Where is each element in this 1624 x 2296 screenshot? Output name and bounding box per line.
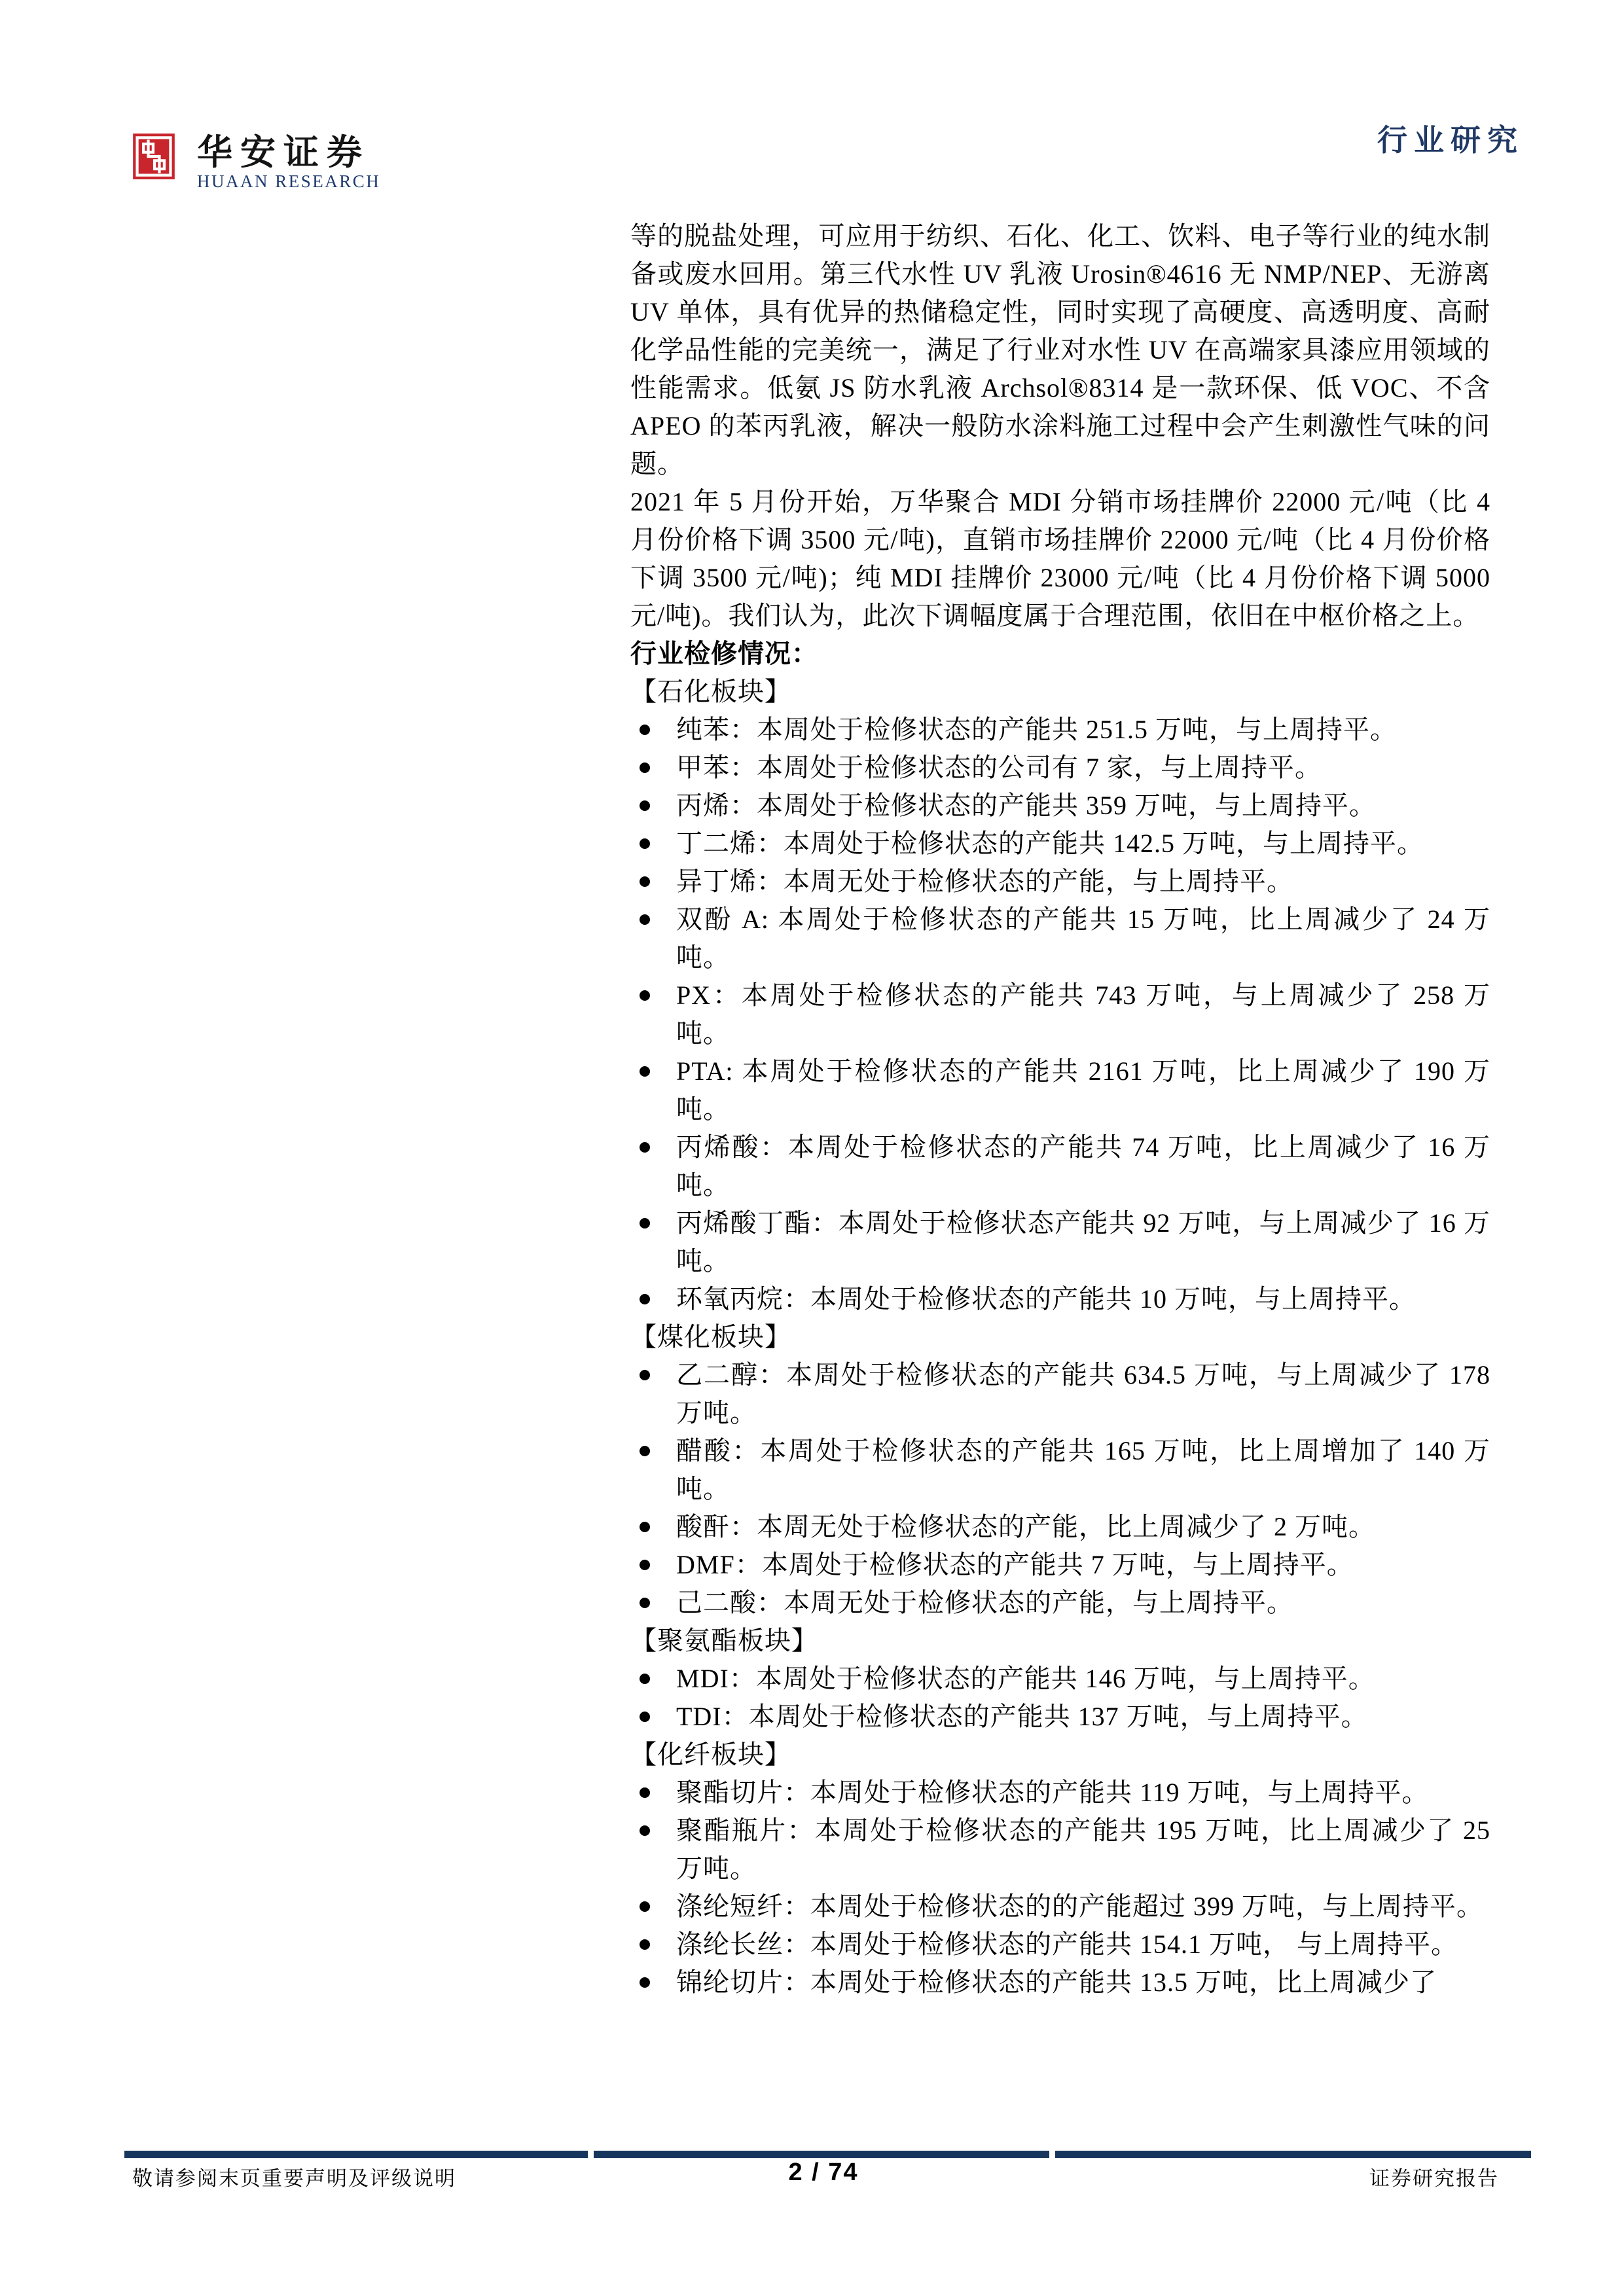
maintenance-title: 行业检修情况： <box>630 635 1490 673</box>
bullet-item: 己二酸：本周无处于检修状态的产能，与上周持平。 <box>630 1584 1490 1622</box>
bullet-item: 醋酸：本周处于检修状态的产能共 165 万吨，比上周增加了 140 万吨。 <box>630 1432 1490 1508</box>
bullet-item: 锦纶切片：本周处于检修状态的产能共 13.5 万吨，比上周减少了 <box>630 1964 1490 2001</box>
doc-type-label: 行业研究 <box>1377 117 1524 160</box>
footer-page-number: 2 / 74 <box>748 2159 899 2187</box>
bullet-list-coal-chemical: 乙二醇：本周处于检修状态的产能共 634.5 万吨，与上周减少了 178 万吨。… <box>630 1356 1490 1622</box>
section-header-coal-chemical: 【煤化板块】 <box>630 1318 1490 1356</box>
bullet-item: 酸酐：本周无处于检修状态的产能，比上周减少了 2 万吨。 <box>630 1508 1490 1546</box>
bullet-item: 异丁烯：本周无处于检修状态的产能，与上周持平。 <box>630 863 1490 901</box>
footer-disclaimer: 敬请参阅末页重要声明及评级说明 <box>132 2162 456 2191</box>
bullet-item: 乙二醇：本周处于检修状态的产能共 634.5 万吨，与上周减少了 178 万吨。 <box>630 1356 1490 1432</box>
body-paragraph: 等的脱盐处理，可应用于纺织、石化、化工、饮料、电子等行业的纯水制备或废水回用。第… <box>630 217 1490 483</box>
bullet-item: 丙烯酸丁酯：本周处于检修状态产能共 92 万吨，与上周减少了 16 万吨。 <box>630 1204 1490 1280</box>
huaan-seal-icon <box>133 134 175 179</box>
bullet-list-polyurethane: MDI：本周处于检修状态的产能共 146 万吨，与上周持平。 TDI：本周处于检… <box>630 1660 1490 1736</box>
bullet-item: 丁二烯：本周处于检修状态的产能共 142.5 万吨，与上周持平。 <box>630 825 1490 863</box>
bullet-item: 纯苯：本周处于检修状态的产能共 251.5 万吨，与上周持平。 <box>630 711 1490 749</box>
brand-name-cn: 华安证券 <box>197 134 380 171</box>
bullet-item: DMF：本周处于检修状态的产能共 7 万吨，与上周持平。 <box>630 1546 1490 1584</box>
content-column: 等的脱盐处理，可应用于纺织、石化、化工、饮料、电子等行业的纯水制备或废水回用。第… <box>630 217 1490 2001</box>
bullet-item: 丙烯：本周处于检修状态的产能共 359 万吨，与上周持平。 <box>630 787 1490 825</box>
footer-rule-right <box>1055 2151 1531 2158</box>
bullet-item: PX：本周处于检修状态的产能共 743 万吨，与上周减少了 258 万吨。 <box>630 977 1490 1052</box>
bullet-item: TDI：本周处于检修状态的产能共 137 万吨，与上周持平。 <box>630 1698 1490 1736</box>
bullet-item: 涤纶长丝：本周处于检修状态的产能共 154.1 万吨， 与上周持平。 <box>630 1926 1490 1964</box>
bullet-list-petrochemical: 纯苯：本周处于检修状态的产能共 251.5 万吨，与上周持平。 甲苯：本周处于检… <box>630 711 1490 1318</box>
footer-report-type: 证券研究报告 <box>1369 2162 1499 2191</box>
report-page: 华安证券 HUAAN RESEARCH 行业研究 等的脱盐处理，可应用于纺织、石… <box>0 0 1624 2296</box>
huaan-brand: 华安证券 HUAAN RESEARCH <box>133 134 380 191</box>
section-header-petrochemical: 【石化板块】 <box>630 673 1490 711</box>
bullet-item: 涤纶短纤：本周处于检修状态的的产能超过 399 万吨，与上周持平。 <box>630 1888 1490 1926</box>
bullet-item: 环氧丙烷：本周处于检修状态的产能共 10 万吨，与上周持平。 <box>630 1280 1490 1318</box>
section-header-chemical-fiber: 【化纤板块】 <box>630 1736 1490 1774</box>
bullet-item: 甲苯：本周处于检修状态的公司有 7 家，与上周持平。 <box>630 749 1490 787</box>
brand-text: 华安证券 HUAAN RESEARCH <box>197 134 380 191</box>
bullet-item: MDI：本周处于检修状态的产能共 146 万吨，与上周持平。 <box>630 1660 1490 1698</box>
bullet-list-chemical-fiber: 聚酯切片：本周处于检修状态的产能共 119 万吨，与上周持平。 聚酯瓶片：本周处… <box>630 1774 1490 2001</box>
section-header-polyurethane: 【聚氨酯板块】 <box>630 1622 1490 1660</box>
body-paragraph: 2021 年 5 月份开始，万华聚合 MDI 分销市场挂牌价 22000 元/吨… <box>630 483 1490 635</box>
bullet-item: 丙烯酸：本周处于检修状态的产能共 74 万吨，比上周减少了 16 万吨。 <box>630 1128 1490 1204</box>
bullet-item: 双酚 A: 本周处于检修状态的产能共 15 万吨，比上周减少了 24 万吨。 <box>630 901 1490 977</box>
bullet-item: 聚酯切片：本周处于检修状态的产能共 119 万吨，与上周持平。 <box>630 1774 1490 1812</box>
bullet-item: PTA: 本周处于检修状态的产能共 2161 万吨，比上周减少了 190 万吨。 <box>630 1052 1490 1128</box>
brand-name-en: HUAAN RESEARCH <box>197 171 380 191</box>
footer-rule-center <box>594 2151 1049 2158</box>
footer-rule-left <box>124 2151 588 2158</box>
bullet-item: 聚酯瓶片：本周处于检修状态的产能共 195 万吨，比上周减少了 25 万吨。 <box>630 1812 1490 1888</box>
